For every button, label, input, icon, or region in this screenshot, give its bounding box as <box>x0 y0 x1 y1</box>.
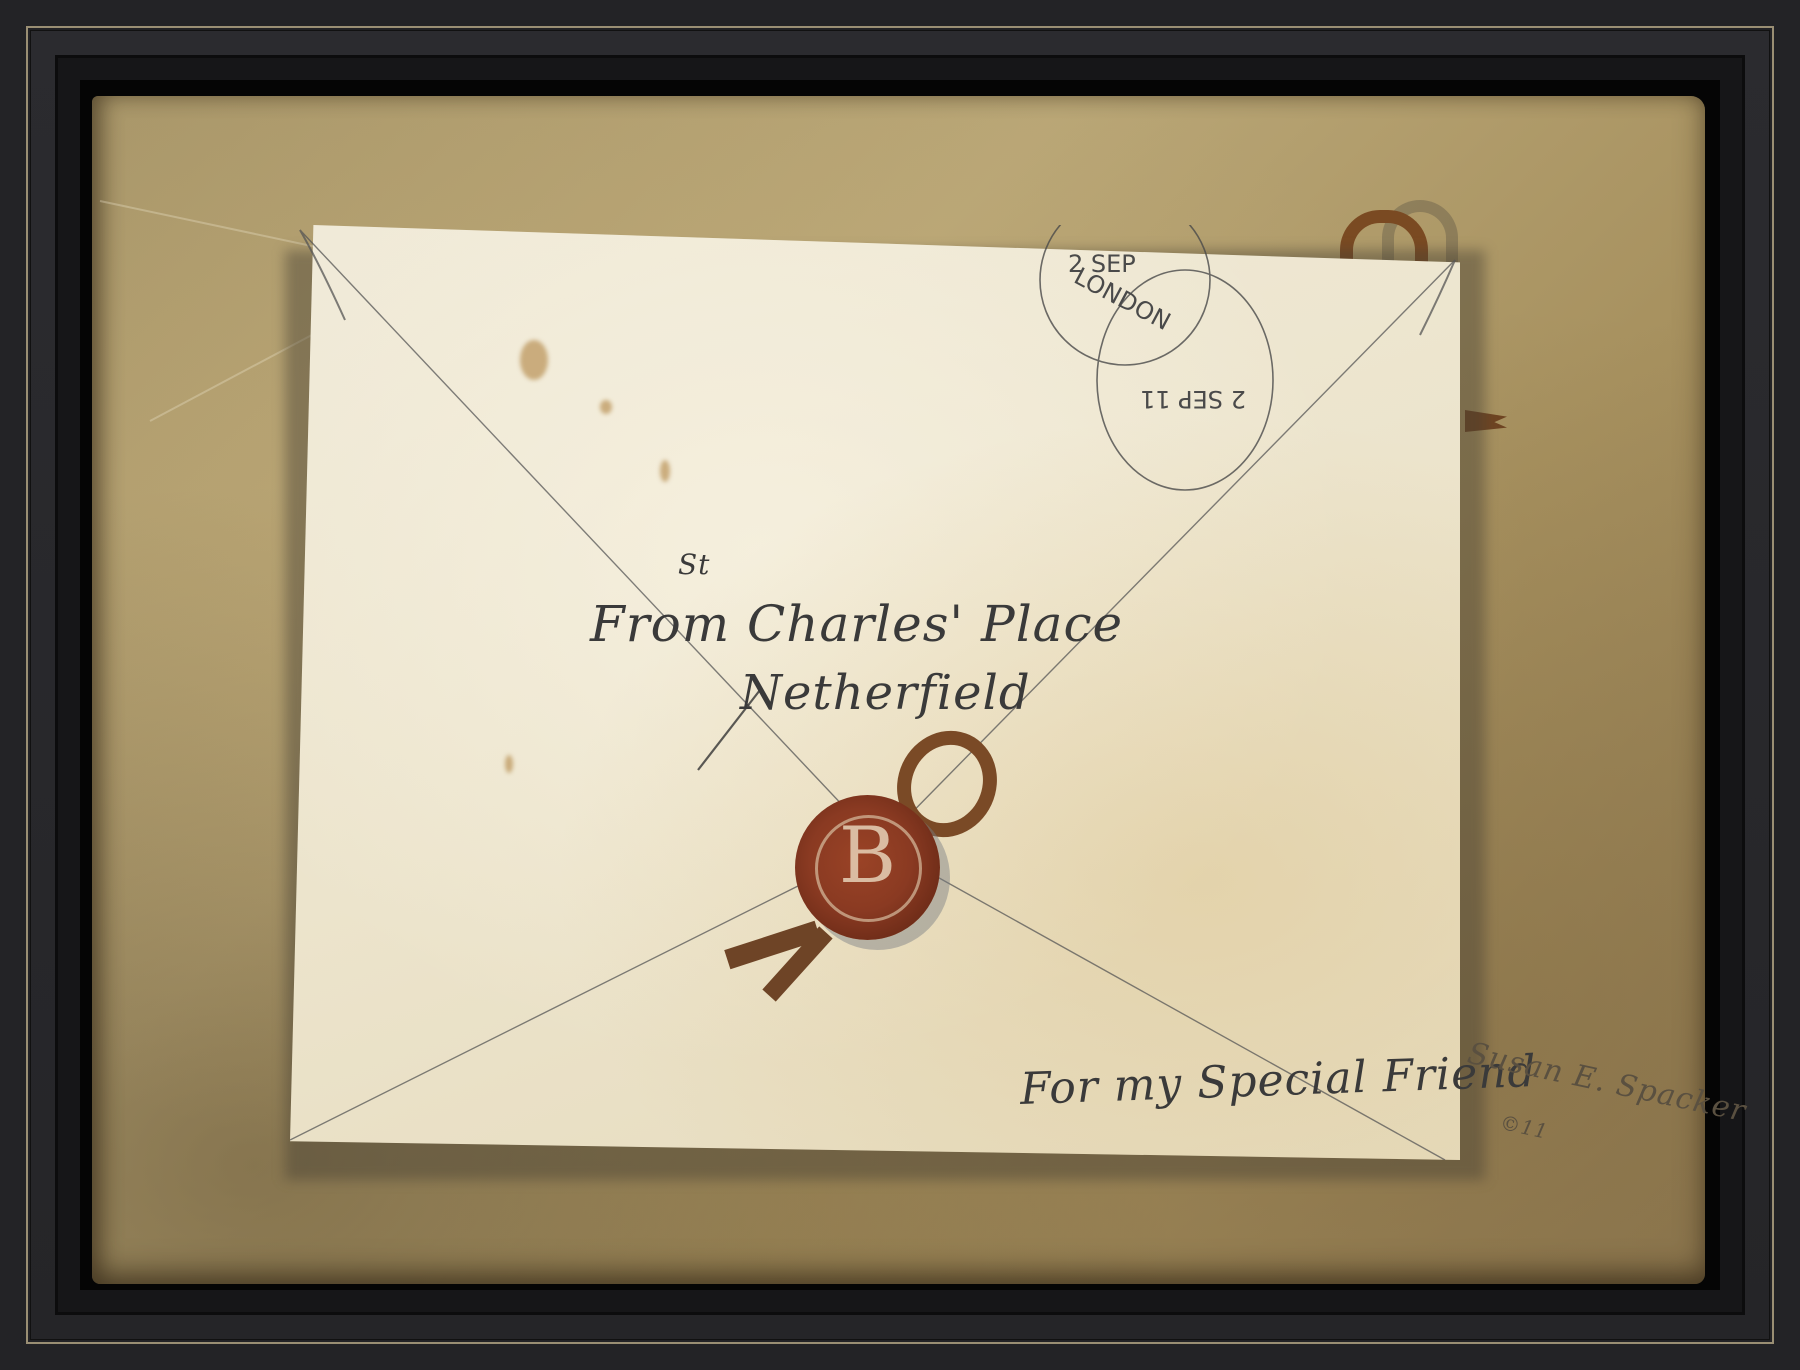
stain <box>505 755 513 773</box>
return-address-line-1: From Charles' Place <box>590 595 1123 653</box>
address-superscript: St <box>678 548 710 581</box>
stain <box>660 460 670 482</box>
stain <box>520 340 548 380</box>
postmark-date-secondary: 2 SEP 11 <box>1140 385 1246 413</box>
wax-seal-monogram: B <box>795 817 940 895</box>
return-address-line-2: Netherfield <box>740 665 1031 721</box>
wax-seal: B <box>795 795 940 940</box>
stain <box>600 400 612 414</box>
